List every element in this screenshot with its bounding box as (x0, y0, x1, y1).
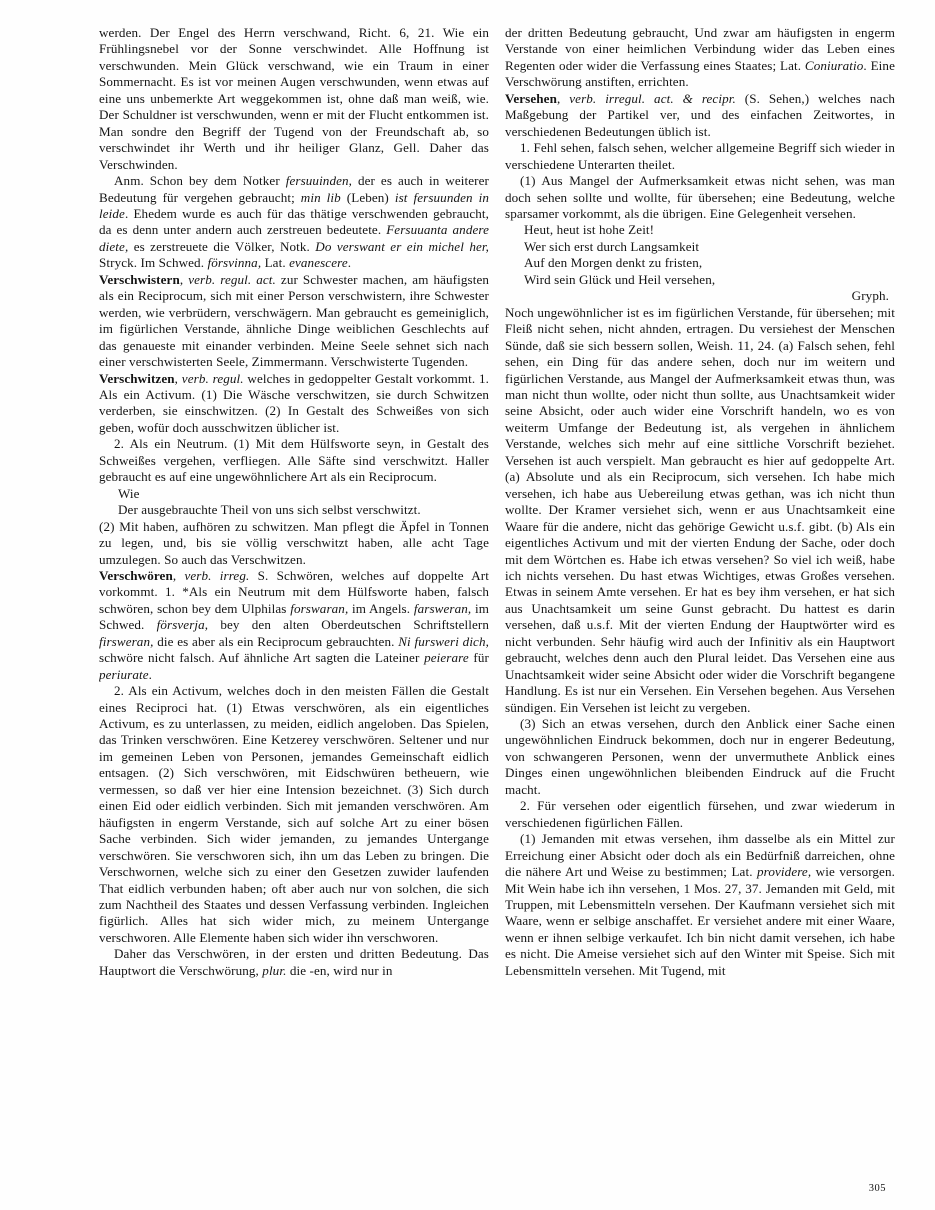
paragraph: (1) Aus Mangel der Aufmerksamkeit etwas … (505, 173, 895, 222)
italic-term: Ni fursweri dich, (398, 634, 489, 649)
text-columns: werden. Der Engel des Herrn verschwand, … (99, 25, 895, 1175)
text-run: . (149, 667, 152, 682)
headword: Versehen (505, 91, 557, 106)
text-run: Anm. Schon bey dem Notker (114, 173, 286, 188)
text-run: für (469, 650, 489, 665)
text-run: Wer sich erst durch Langsamkeit (524, 239, 699, 254)
italic-term: Do verswant er ein michel her, (315, 239, 489, 254)
text-run: im Angels. (348, 601, 414, 616)
headword: Verschwistern (99, 272, 180, 287)
right-column: der dritten Bedeutung gebraucht, Und zwa… (505, 25, 895, 1175)
text-run: . (348, 255, 351, 270)
verse-line: Wird sein Glück und Heil versehen, (505, 272, 895, 288)
text-run: bey den alten Oberdeutschen Schriftstell… (208, 617, 489, 632)
italic-term: plur. (262, 963, 286, 978)
paragraph: Versehen, verb. irregul. act. & recipr. … (505, 91, 895, 140)
text-run: Wie (118, 486, 140, 501)
italic-term: forswaran, (290, 601, 348, 616)
paragraph: Daher das Verschwören, in der ersten und… (99, 946, 489, 979)
dictionary-page: werden. Der Engel des Herrn verschwand, … (0, 0, 935, 1210)
text-run: Stryck. Im Schwed. (99, 255, 207, 270)
paragraph: 1. Fehl sehen, falsch sehen, welcher all… (505, 140, 895, 173)
text-run: , (180, 272, 188, 287)
italic-term: evanescere (289, 255, 348, 270)
page-number: 305 (869, 1183, 886, 1194)
verse-attribution: Gryph. (505, 288, 895, 304)
italic-term: verb. regul. (182, 371, 244, 386)
paragraph: Verschwören, verb. irreg. S. Schwören, w… (99, 568, 489, 683)
italic-term: verb. irreg. (184, 568, 249, 583)
italic-term: verb. irregul. act. & recipr. (569, 91, 736, 106)
paragraph: (1) Jemanden mit etwas versehen, ihm das… (505, 831, 895, 979)
verse-line: Wie (99, 486, 489, 502)
italic-term: försverja, (157, 617, 209, 632)
paragraph: (2) Mit haben, aufhören zu schwitzen. Ma… (99, 519, 489, 568)
text-run: 1. Fehl sehen, falsch sehen, welcher all… (505, 140, 895, 171)
text-run: Lat. (261, 255, 289, 270)
italic-term: providere, (757, 864, 811, 879)
paragraph: 2. Als ein Neutrum. (1) Mit dem Hülfswor… (99, 436, 489, 485)
text-run: Wird sein Glück und Heil versehen, (524, 272, 715, 287)
paragraph: Verschwistern, verb. regul. act. zur Sch… (99, 272, 489, 371)
text-run: werden. Der Engel des Herrn verschwand, … (99, 25, 489, 172)
text-run: (2) Mit haben, aufhören zu schwitzen. Ma… (99, 519, 489, 567)
text-run: (Leben) (341, 190, 395, 205)
text-run: (1) Aus Mangel der Aufmerksamkeit etwas … (505, 173, 895, 221)
text-run: , (557, 91, 569, 106)
italic-term: fersuuinden, (286, 173, 352, 188)
verse-line: Wer sich erst durch Langsamkeit (505, 239, 895, 255)
verse-line: Auf den Morgen denkt zu fristen, (505, 255, 895, 271)
text-run: schwöre nicht falsch. Auf ähnliche Art s… (99, 650, 424, 665)
left-column: werden. Der Engel des Herrn verschwand, … (99, 25, 489, 1175)
text-run: , (175, 371, 182, 386)
text-run: Auf den Morgen denkt zu fristen, (524, 255, 702, 270)
verse-line: Heut, heut ist hohe Zeit! (505, 222, 895, 238)
text-run: wie versorgen. Mit Wein habe ich ihn ver… (505, 864, 895, 978)
italic-term: farsweran, (414, 601, 471, 616)
italic-term: min lib (301, 190, 341, 205)
text-run: die -en, wird nur in (286, 963, 392, 978)
headword: Verschwitzen (99, 371, 175, 386)
italic-term: peierare (424, 650, 469, 665)
paragraph: Anm. Schon bey dem Notker fersuuinden, d… (99, 173, 489, 272)
text-run: es zerstreuete die Völker, Notk. (128, 239, 315, 254)
italic-term: verb. regul. act. (188, 272, 276, 287)
text-run: 2. Für versehen oder eigentlich fürsehen… (505, 798, 895, 829)
paragraph: Verschwitzen, verb. regul. welches in ge… (99, 371, 489, 437)
text-run: Heut, heut ist hohe Zeit! (524, 222, 654, 237)
text-run: die es aber als ein Reciprocum gebraucht… (153, 634, 398, 649)
paragraph: 2. Für versehen oder eigentlich fürsehen… (505, 798, 895, 831)
paragraph: (3) Sich an etwas versehen, durch den An… (505, 716, 895, 798)
text-run: (3) Sich an etwas versehen, durch den An… (505, 716, 895, 797)
text-run: 2. Als ein Neutrum. (1) Mit dem Hülfswor… (99, 436, 489, 484)
text-run: Gryph. (852, 288, 889, 303)
paragraph: der dritten Bedeutung gebraucht, Und zwa… (505, 25, 895, 91)
italic-term: Coniuratio (805, 58, 863, 73)
italic-term: firsweran, (99, 634, 153, 649)
italic-term: periurate (99, 667, 149, 682)
headword: Verschwören (99, 568, 173, 583)
paragraph: Noch ungewöhnlicher ist es im figürliche… (505, 305, 895, 716)
text-run: 2. Als ein Activum, welches doch in den … (99, 683, 489, 945)
verse-line: Der ausgebrauchte Theil von uns sich sel… (99, 502, 489, 518)
paragraph: werden. Der Engel des Herrn verschwand, … (99, 25, 489, 173)
paragraph: 2. Als ein Activum, welches doch in den … (99, 683, 489, 946)
text-run: Der ausgebrauchte Theil von uns sich sel… (118, 502, 421, 517)
text-run: Noch ungewöhnlicher ist es im figürliche… (505, 305, 895, 715)
italic-term: försvinna, (207, 255, 261, 270)
text-run: , (173, 568, 185, 583)
